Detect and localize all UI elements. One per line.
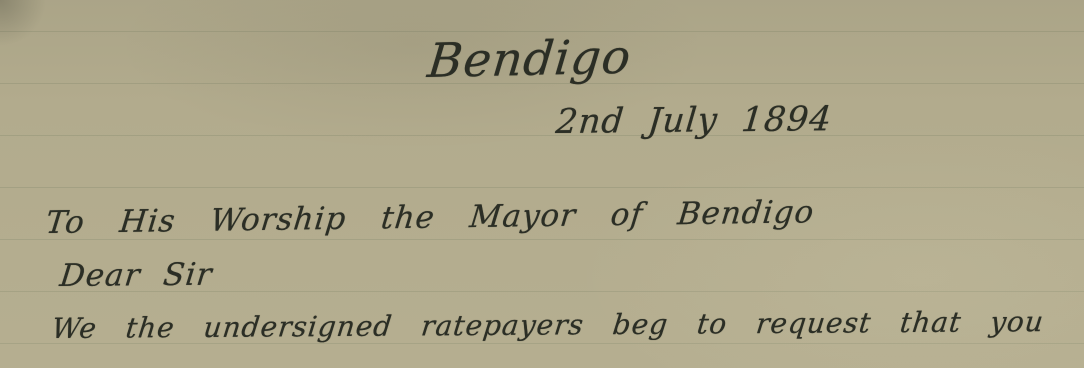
letter-address-line: To His Worship the Mayor of Bendigo — [44, 194, 816, 241]
letter-place-line: Bendigo — [425, 30, 634, 89]
letter-body-line: We the undersigned ratepayers beg to req… — [50, 305, 1046, 345]
letter-salutation-line: Dear Sir — [58, 257, 214, 294]
letter-date-line: 2nd July 1894 — [554, 99, 834, 142]
letter-scan-page: Bendigo 2nd July 1894 To His Worship the… — [0, 0, 1084, 368]
